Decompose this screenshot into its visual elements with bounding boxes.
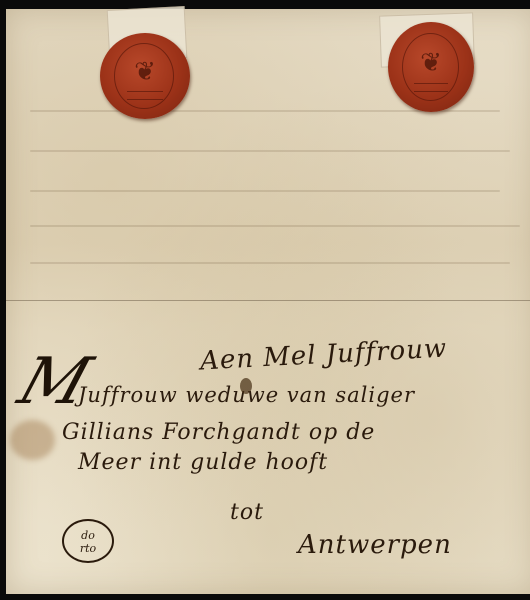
- bleed-through-line: [30, 262, 510, 264]
- ink-blot: [240, 378, 252, 394]
- bleed-through-line: [30, 150, 510, 152]
- seal-flourish-icon: ❦: [420, 50, 442, 76]
- right-wax-seal: ❦: [388, 22, 474, 112]
- ink-stain: [10, 420, 55, 460]
- bleed-through-line: [30, 225, 520, 227]
- address-line-5: tot: [230, 500, 264, 525]
- postal-mark-bottom: rto: [64, 542, 112, 555]
- postal-mark-top: do: [64, 529, 112, 542]
- postal-mark: do rto: [62, 519, 114, 563]
- fold-crease: [6, 300, 530, 301]
- left-wax-seal: ❦: [100, 33, 190, 119]
- address-line-3: Gillians Forchgandt op de: [62, 420, 375, 445]
- address-line-4: Meer int gulde hooft: [78, 450, 328, 475]
- seal-base: [127, 91, 163, 100]
- address-line-6: Antwerpen: [298, 530, 452, 560]
- bleed-through-line: [30, 190, 500, 192]
- seal-flourish-icon: ❦: [134, 59, 156, 85]
- seal-base: [414, 83, 448, 92]
